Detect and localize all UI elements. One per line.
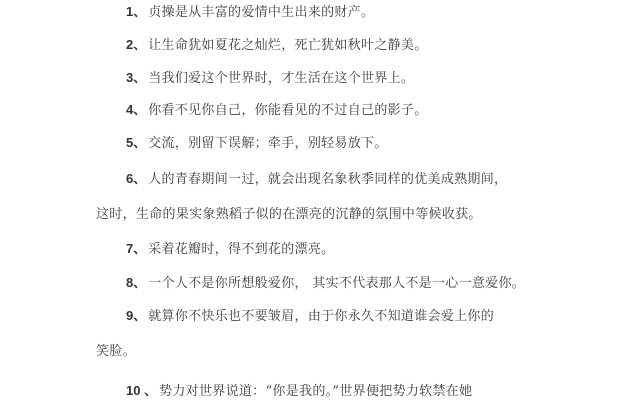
- item-number: 2、: [126, 37, 146, 52]
- item-number: 6、: [126, 171, 146, 186]
- quote-text: 贞操是从丰富的爱情中生出来的财产。: [148, 5, 374, 20]
- item-number: 3、: [126, 70, 146, 85]
- quote-text: 这时，生命的果实象熟稻子似的在漂亮的沉静的氛围中等候收获。: [96, 207, 482, 222]
- quote-line-2: 2、让生命犹如夏花之灿烂，死亡犹如秋叶之静美。: [126, 37, 428, 54]
- quote-line-4: 4、你看不见你自己，你能看见的不过自己的影子。: [126, 102, 428, 119]
- quote-text: 一个人不是你所想般爱你， 其实不代表那人不是一心一意爱你。: [148, 276, 525, 291]
- quote-line-9-continued: 笑脸。: [96, 344, 136, 360]
- document-page: 1、贞操是从丰富的爱情中生出来的财产。 2、让生命犹如夏花之灿烂，死亡犹如秋叶之…: [0, 0, 640, 400]
- item-number: 1、: [126, 4, 146, 19]
- item-number: 9、: [126, 308, 146, 323]
- quote-line-6: 6、人的青春期间一过，就会出现名象秋季同样的优美成熟期间，: [126, 171, 507, 188]
- quote-text: 势力对世界说道：“你是我的。”世界便把势力软禁在她: [159, 384, 472, 399]
- item-number: 5、: [126, 135, 146, 150]
- quote-line-6-continued: 这时，生命的果实象熟稻子似的在漂亮的沉静的氛围中等候收获。: [96, 207, 482, 223]
- quote-text: 你看不见你自己，你能看见的不过自己的影子。: [148, 103, 427, 118]
- quote-text: 让生命犹如夏花之灿烂，死亡犹如秋叶之静美。: [148, 38, 427, 53]
- quote-line-7: 7、采着花瓣时，得不到花的漂亮。: [126, 241, 334, 258]
- quote-line-9: 9、就算你不快乐也不要皱眉，由于你永久不知道谁会爱上你的: [126, 308, 494, 325]
- item-number: 4、: [126, 102, 146, 117]
- item-number: 7、: [126, 241, 146, 256]
- quote-text: 就算你不快乐也不要皱眉，由于你永久不知道谁会爱上你的: [148, 309, 494, 324]
- item-number: 10 、: [126, 383, 157, 398]
- quote-text: 交流，别留下误解；牵手，别轻易放下。: [148, 136, 387, 151]
- quote-text: 当我们爱这个世界时，才生活在这个世界上。: [148, 71, 414, 86]
- item-number: 8、: [126, 275, 146, 290]
- quote-line-3: 3、当我们爱这个世界时，才生活在这个世界上。: [126, 70, 414, 87]
- quote-text: 采着花瓣时，得不到花的漂亮。: [148, 242, 334, 257]
- quote-line-8: 8、一个人不是你所想般爱你， 其实不代表那人不是一心一意爱你。: [126, 275, 525, 292]
- quote-line-1: 1、贞操是从丰富的爱情中生出来的财产。: [126, 4, 374, 21]
- quote-text: 人的青春期间一过，就会出现名象秋季同样的优美成熟期间，: [148, 172, 507, 187]
- quote-line-10: 10 、势力对世界说道：“你是我的。”世界便把势力软禁在她: [126, 383, 472, 400]
- quote-line-5: 5、交流，别留下误解；牵手，别轻易放下。: [126, 135, 388, 152]
- quote-text: 笑脸。: [96, 344, 136, 359]
